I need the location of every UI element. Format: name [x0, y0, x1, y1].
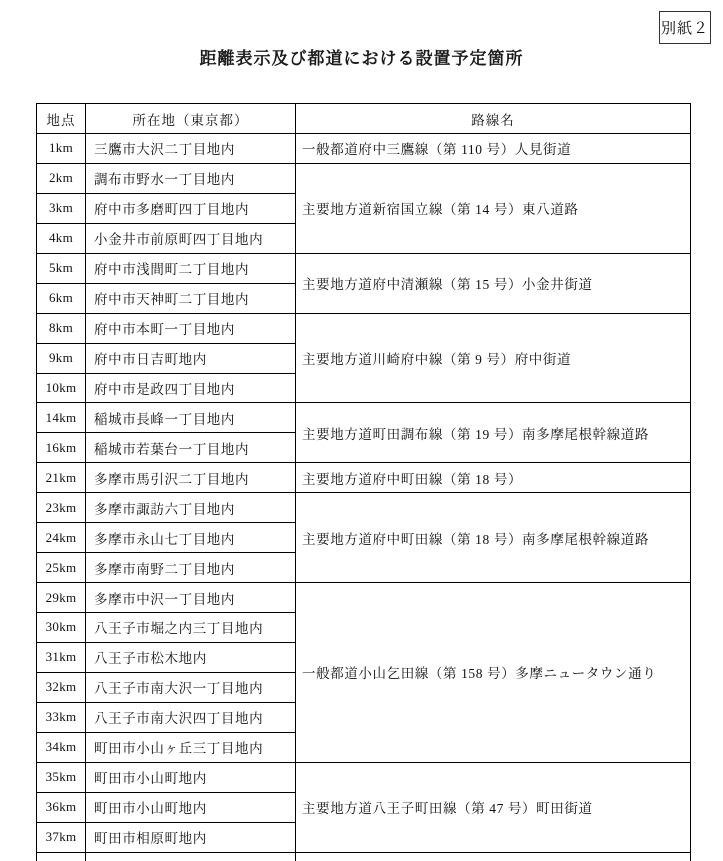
route-cell: 一般都道府中三鷹線（第 110 号）人見街道: [296, 134, 691, 164]
location-cell: 多摩市中沢一丁目地内: [86, 583, 296, 613]
point-cell: 33km: [37, 702, 86, 732]
table-row: 21km多摩市馬引沢二丁目地内主要地方道府中町田線（第 18 号）: [37, 463, 691, 493]
location-cell: 府中市天神町二丁目地内: [86, 283, 296, 313]
installation-locations-table: 地点 所在地（東京都） 路線名 1km三鷹市大沢二丁目地内一般都道府中三鷹線（第…: [36, 103, 691, 861]
point-cell: 29km: [37, 583, 86, 613]
point-cell: 36km: [37, 792, 86, 822]
route-cell: 主要地方道新宿国立線（第 14 号）東八道路: [296, 163, 691, 253]
point-cell: 35km: [37, 762, 86, 792]
point-cell: 34km: [37, 732, 86, 762]
route-cell: 主要地方道府中清瀬線（第 15 号）小金井街道: [296, 253, 691, 313]
location-cell: 稲城市長峰一丁目地内: [86, 403, 296, 433]
point-cell: 32km: [37, 672, 86, 702]
point-cell: 3km: [37, 193, 86, 223]
point-cell: 21km: [37, 463, 86, 493]
document-page: 別紙２ 距離表示及び都道における設置予定箇所 地点 所在地（東京都） 路線名 1…: [0, 0, 723, 861]
location-cell: [86, 852, 296, 861]
point-cell: 5km: [37, 253, 86, 283]
location-cell: 府中市本町一丁目地内: [86, 313, 296, 343]
point-cell: 16km: [37, 433, 86, 463]
location-cell: 稲城市若葉台一丁目地内: [86, 433, 296, 463]
route-cell: 主要地方道川崎府中線（第 9 号）府中街道: [296, 313, 691, 403]
location-cell: 府中市多磨町四丁目地内: [86, 193, 296, 223]
location-cell: 多摩市永山七丁目地内: [86, 523, 296, 553]
location-cell: 町田市小山町地内: [86, 792, 296, 822]
location-cell: 八王子市堀之内三丁目地内: [86, 613, 296, 643]
location-cell: 町田市小山ヶ丘三丁目地内: [86, 732, 296, 762]
location-cell: 町田市小山町地内: [86, 762, 296, 792]
point-cell: 2km: [37, 163, 86, 193]
table-row: 1km三鷹市大沢二丁目地内一般都道府中三鷹線（第 110 号）人見街道: [37, 134, 691, 164]
table-row: 5km府中市浅間町二丁目地内主要地方道府中清瀬線（第 15 号）小金井街道: [37, 253, 691, 283]
table-row: 2km調布市野水一丁目地内主要地方道新宿国立線（第 14 号）東八道路: [37, 163, 691, 193]
route-cell: 主要地方道町田調布線（第 19 号）南多摩尾根幹線道路: [296, 403, 691, 463]
point-cell: 8km: [37, 313, 86, 343]
location-cell: 府中市浅間町二丁目地内: [86, 253, 296, 283]
location-cell: 府中市日吉町地内: [86, 343, 296, 373]
location-cell: 調布市野水一丁目地内: [86, 163, 296, 193]
location-cell: 府中市是政四丁目地内: [86, 373, 296, 403]
location-cell: 八王子市南大沢四丁目地内: [86, 702, 296, 732]
route-cell: 主要地方道八王子町田線（第 47 号）町田街道: [296, 762, 691, 852]
location-cell: 八王子市南大沢一丁目地内: [86, 672, 296, 702]
location-cell: 三鷹市大沢二丁目地内: [86, 134, 296, 164]
location-cell: 町田市相原町地内: [86, 822, 296, 852]
point-cell: 10km: [37, 373, 86, 403]
table-row: 8km府中市本町一丁目地内主要地方道川崎府中線（第 9 号）府中街道: [37, 313, 691, 343]
header-point: 地点: [37, 104, 86, 134]
header-route: 路線名: [296, 104, 691, 134]
point-cell: 23km: [37, 493, 86, 523]
table-row: 29km多摩市中沢一丁目地内一般都道小山乞田線（第 158 号）多摩ニュータウン…: [37, 583, 691, 613]
point-cell: 37km: [37, 822, 86, 852]
header-location: 所在地（東京都）: [86, 104, 296, 134]
point-cell: 6km: [37, 283, 86, 313]
point-cell: [37, 852, 86, 861]
attachment-tag-box: 別紙２: [659, 11, 711, 44]
table-row: 23km多摩市諏訪六丁目地内主要地方道府中町田線（第 18 号）南多摩尾根幹線道…: [37, 493, 691, 523]
location-cell: 多摩市南野二丁目地内: [86, 553, 296, 583]
point-cell: 4km: [37, 223, 86, 253]
route-cell: 主要地方道府中町田線（第 18 号）南多摩尾根幹線道路: [296, 493, 691, 583]
point-cell: 25km: [37, 553, 86, 583]
route-cell: [296, 852, 691, 861]
route-cell: 主要地方道府中町田線（第 18 号）: [296, 463, 691, 493]
point-cell: 14km: [37, 403, 86, 433]
table-row-partial: [37, 852, 691, 861]
location-cell: 多摩市馬引沢二丁目地内: [86, 463, 296, 493]
page-title: 距離表示及び都道における設置予定箇所: [0, 44, 723, 69]
point-cell: 31km: [37, 642, 86, 672]
point-cell: 1km: [37, 134, 86, 164]
point-cell: 9km: [37, 343, 86, 373]
location-cell: 小金井市前原町四丁目地内: [86, 223, 296, 253]
point-cell: 24km: [37, 523, 86, 553]
route-cell: 一般都道小山乞田線（第 158 号）多摩ニュータウン通り: [296, 583, 691, 763]
table-row: 35km町田市小山町地内主要地方道八王子町田線（第 47 号）町田街道: [37, 762, 691, 792]
point-cell: 30km: [37, 613, 86, 643]
location-cell: 多摩市諏訪六丁目地内: [86, 493, 296, 523]
table-header-row: 地点 所在地（東京都） 路線名: [37, 104, 691, 134]
attachment-tag-label: 別紙２: [661, 17, 709, 38]
table-row: 14km稲城市長峰一丁目地内主要地方道町田調布線（第 19 号）南多摩尾根幹線道…: [37, 403, 691, 433]
location-cell: 八王子市松木地内: [86, 642, 296, 672]
